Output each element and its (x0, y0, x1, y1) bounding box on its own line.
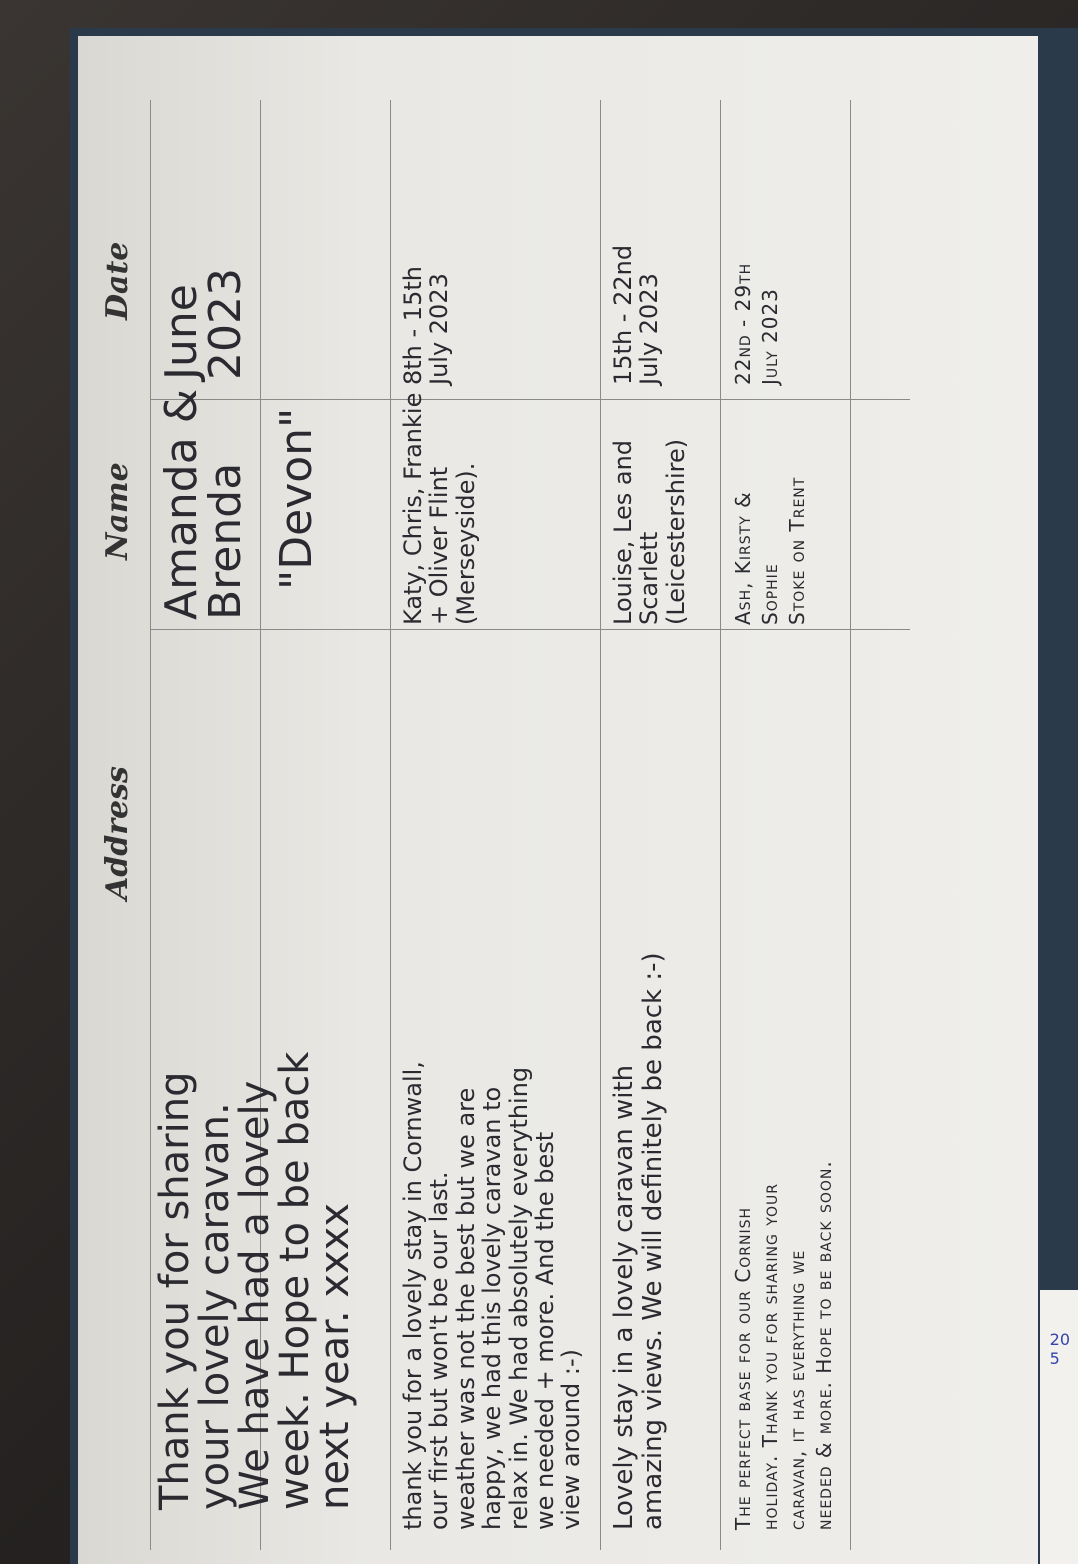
entry-date: 15th - 22nd July 2023 (610, 245, 663, 385)
column-rule (150, 629, 910, 630)
entry-name: Amanda & Brenda (160, 389, 248, 620)
entry-name: "Devon" (275, 408, 319, 590)
entry-name: Ash, Kirsty & Sophie Stoke on Trent (730, 477, 811, 625)
address-header: Address (100, 766, 135, 900)
entry-message: thank you for a lovely stay in Cornwall,… (400, 1061, 585, 1530)
name-header: Name (100, 462, 135, 560)
guest-book-table: Date Name Address June 2023 Amanda & Bre… (60, 40, 960, 1550)
entry-message: Lovely stay in a lovely caravan with ama… (610, 952, 667, 1530)
header-rule (150, 100, 151, 1550)
margin-note: 20 5 (1050, 1330, 1070, 1368)
row-rule (390, 100, 391, 1550)
entry-name: Katy, Chris, Frankie + Oliver Flint (Mer… (400, 393, 479, 625)
entry-message: Thank you for sharing your lovely carava… (155, 1052, 355, 1510)
row-rule (720, 100, 721, 1550)
row-rule (850, 100, 851, 1550)
column-rule (150, 399, 910, 400)
entry-message: The perfect base for our Cornish holiday… (730, 1160, 838, 1530)
entry-name: Louise, Les and Scarlett (Leicestershire… (610, 439, 689, 625)
entry-date: June 2023 (160, 268, 248, 380)
date-header: Date (100, 242, 135, 320)
facing-page-edge: 20 5 (1040, 1290, 1078, 1564)
row-rule (600, 100, 601, 1550)
entry-date: 8th - 15th July 2023 (400, 266, 453, 385)
entry-date: 22nd - 29th July 2023 (730, 263, 784, 385)
